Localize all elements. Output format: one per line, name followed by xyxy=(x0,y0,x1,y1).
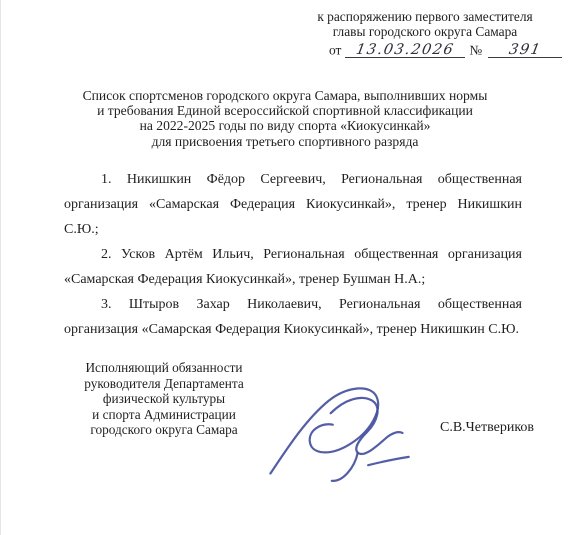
title-line-2: и требования Единой всероссийской спорти… xyxy=(1,103,568,118)
reference-line-1: к распоряжению первого заместителя xyxy=(293,9,557,24)
title-line-3: на 2022-2025 годы по виду спорта «Киокус… xyxy=(1,118,568,133)
reference-block: к распоряжению первого заместителя главы… xyxy=(293,9,557,58)
signer-position-line-5: городского округа Самара xyxy=(79,422,249,438)
document-title: Список спортсменов городского округа Сам… xyxy=(1,88,568,149)
signer-position-line-4: и спорта Администрации xyxy=(79,407,249,423)
title-line-1: Список спортсменов городского округа Сам… xyxy=(1,88,568,103)
reference-line-2: главы городского округа Самара xyxy=(293,24,557,39)
list-item: 3. Штыров Захар Николаевич, Региональная… xyxy=(64,292,522,342)
handwritten-signature-icon xyxy=(259,382,417,486)
handwritten-date: 13.03.2026 xyxy=(355,43,456,58)
title-line-4: для присвоения третьего спортивного разр… xyxy=(1,134,568,149)
athlete-list: 1. Никишкин Фёдор Сергеевич, Региональна… xyxy=(64,167,522,342)
handwritten-number: 391 xyxy=(508,43,543,58)
number-sign: № xyxy=(469,42,482,57)
reference-date-number-line: от13.03.2026№391 xyxy=(293,41,557,58)
signer-name: С.В.Четвериков xyxy=(440,420,534,436)
number-blank: 391 xyxy=(488,41,562,58)
from-label: от xyxy=(329,42,341,57)
document-page: к распоряжению первого заместителя главы… xyxy=(0,0,568,535)
list-item: 1. Никишкин Фёдор Сергеевич, Региональна… xyxy=(64,167,522,242)
list-item: 2. Усков Артём Ильич, Региональная общес… xyxy=(64,242,522,292)
signer-position-line-1: Исполняющий обязанности xyxy=(79,360,249,376)
date-blank: 13.03.2026 xyxy=(345,41,465,58)
signer-position-title: Исполняющий обязанности руководителя Деп… xyxy=(79,360,249,438)
signer-position-line-2: руководителя Департамента xyxy=(79,376,249,392)
signer-position-line-3: физической культуры xyxy=(79,391,249,407)
